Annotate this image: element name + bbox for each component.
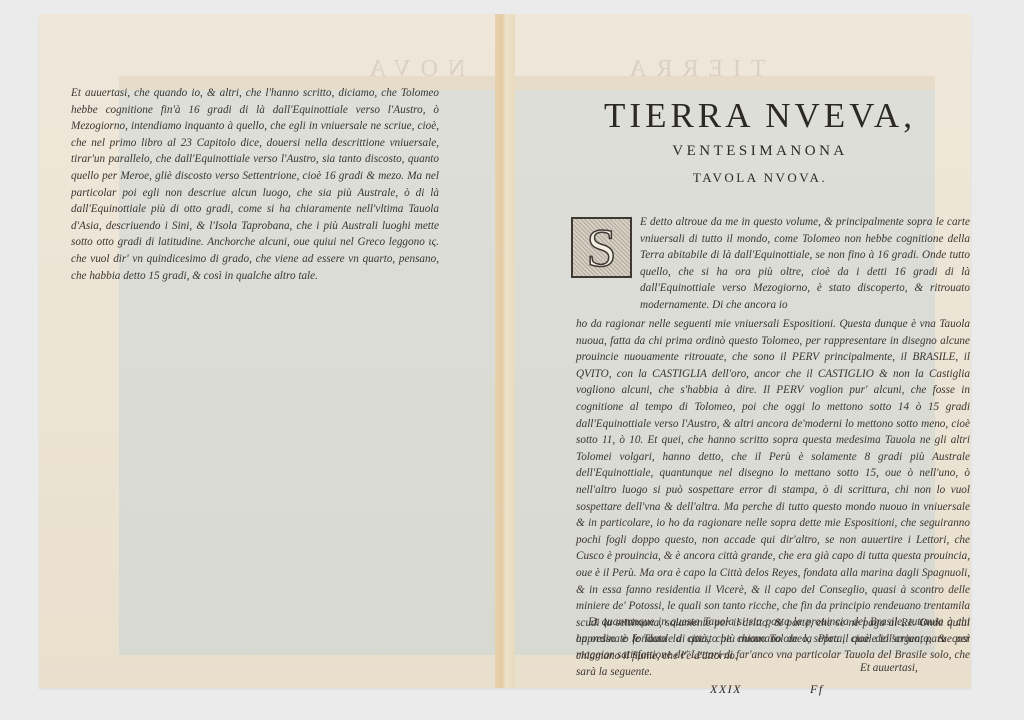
decorated-initial-icon: S: [571, 217, 632, 278]
initial-letter: S: [586, 221, 616, 275]
bleed-through-title-right: TIERRA: [619, 56, 766, 83]
body-paragraph: ho da ragionar nelle seguenti mie vniuer…: [576, 316, 970, 664]
signature-mark: Ff: [810, 682, 824, 697]
folio-number: XXIX: [710, 682, 742, 697]
opening-paragraph: E detto altroue da me in questo volume, …: [640, 214, 970, 314]
page-title: TIERRA NVEVA,: [560, 96, 960, 136]
left-page-paragraph: Et auuertasi, che quando io, & altri, ch…: [71, 85, 439, 284]
page-subtitle: VENTESIMANONA: [560, 143, 960, 160]
page-subtitle-2: TAVOLA NVOVA.: [560, 170, 960, 186]
catchword: Et auuertasi,: [860, 662, 918, 674]
book-gutter: [495, 14, 515, 688]
bleed-through-title-left: NOVA: [359, 56, 465, 83]
